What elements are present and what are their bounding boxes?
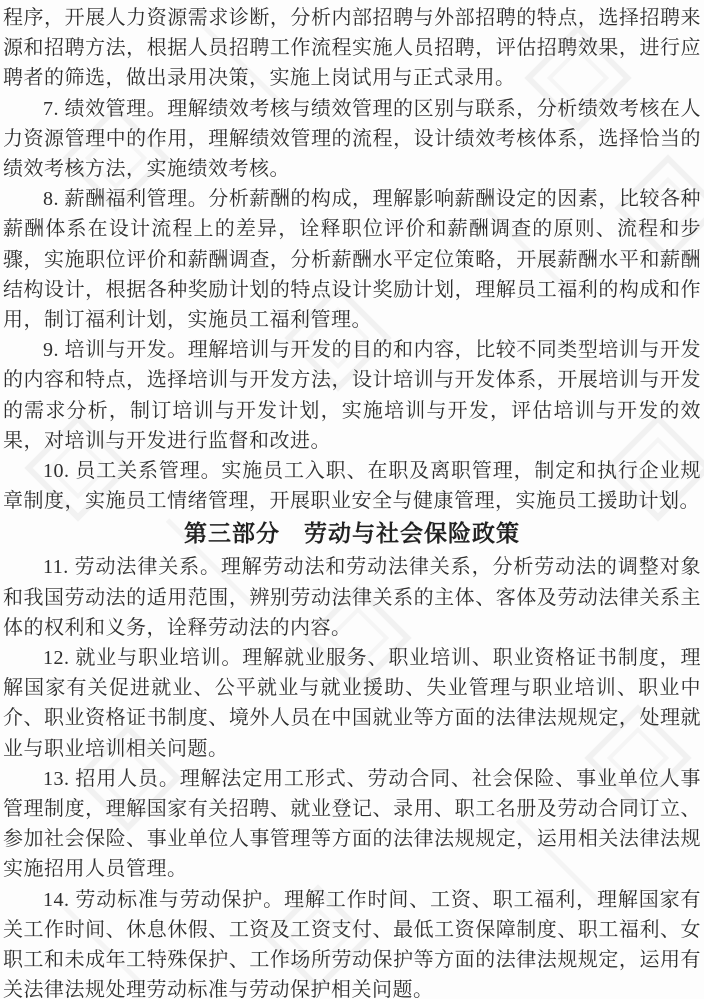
paragraph-item-9: 9. 培训与开发。理解培训与开发的目的和内容，比较不同类型培训与开发的内容和特点… — [3, 335, 701, 456]
paragraph-item-13: 13. 招用人员。理解法定用工形式、劳动合同、社会保险、事业单位人事管理制度，理… — [3, 764, 701, 885]
paragraph-item-12: 12. 就业与职业培训。理解就业服务、职业培训、职业资格证书制度，理解国家有关促… — [3, 643, 701, 764]
paragraph-item-11: 11. 劳动法律关系。理解劳动法和劳动法律关系，分析劳动法的调整对象和我国劳动法… — [3, 552, 701, 643]
section-heading: 第三部分 劳动与社会保险政策 — [3, 518, 701, 550]
paragraph-item-8: 8. 薪酬福利管理。分析薪酬的构成，理解影响薪酬设定的因素，比较各种薪酬体系在设… — [3, 184, 701, 335]
paragraph-item-7: 7. 绩效管理。理解绩效考核与绩效管理的区别与联系，分析绩效考核在人力资源管理中… — [3, 94, 701, 185]
scanned-document-page: 程序，开展人力资源需求诊断，分析内部招聘与外部招聘的特点，选择招聘来源和招聘方法… — [0, 0, 704, 999]
paragraph-item-10: 10. 员工关系管理。实施员工入职、在职及离职管理，制定和执行企业规章制度，实施… — [3, 456, 701, 516]
document-text: 程序，开展人力资源需求诊断，分析内部招聘与外部招聘的特点，选择招聘来源和招聘方法… — [0, 0, 704, 999]
paragraph-continuation: 程序，开展人力资源需求诊断，分析内部招聘与外部招聘的特点，选择招聘来源和招聘方法… — [3, 3, 701, 94]
paragraph-item-14: 14. 劳动标准与劳动保护。理解工作时间、工资、职工福利，理解国家有关工作时间、… — [3, 885, 701, 999]
